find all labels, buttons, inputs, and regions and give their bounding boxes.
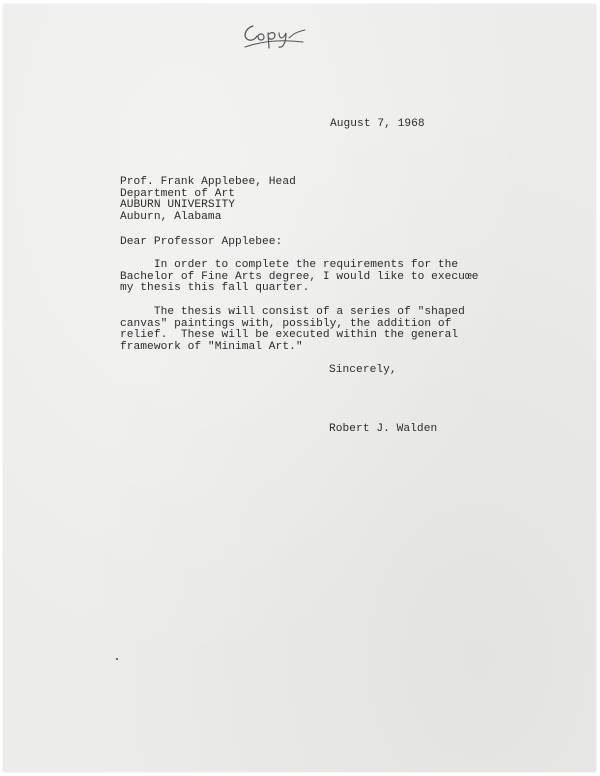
paragraph-line: The thesis will consist of a series of "… <box>120 307 465 319</box>
salutation: Dear Professor Applebee: <box>120 237 282 249</box>
address-line: Prof. Frank Applebee, Head <box>120 177 296 189</box>
signature-name: Robert J. Walden <box>329 424 437 436</box>
body-paragraph-2: The thesis will consist of a series of "… <box>120 307 465 353</box>
recipient-address: Prof. Frank Applebee, HeadDepartment of … <box>120 177 296 223</box>
letter-page: Copy August 7, 1968 Prof. Frank Applebee… <box>3 4 596 772</box>
address-line: Auburn, Alabama <box>120 212 296 224</box>
handwritten-copy-annotation: Copy <box>239 18 311 54</box>
paragraph-line: framework of "Minimal Art." <box>120 342 465 354</box>
closing: Sincerely, <box>329 365 397 377</box>
paragraph-line: my thesis this fall quarter. <box>120 283 478 295</box>
paragraph-line: In order to complete the requirements fo… <box>120 260 478 272</box>
body-paragraph-1: In order to complete the requirements fo… <box>120 260 478 295</box>
letter-date: August 7, 1968 <box>330 119 425 131</box>
paper-speck <box>116 658 118 660</box>
